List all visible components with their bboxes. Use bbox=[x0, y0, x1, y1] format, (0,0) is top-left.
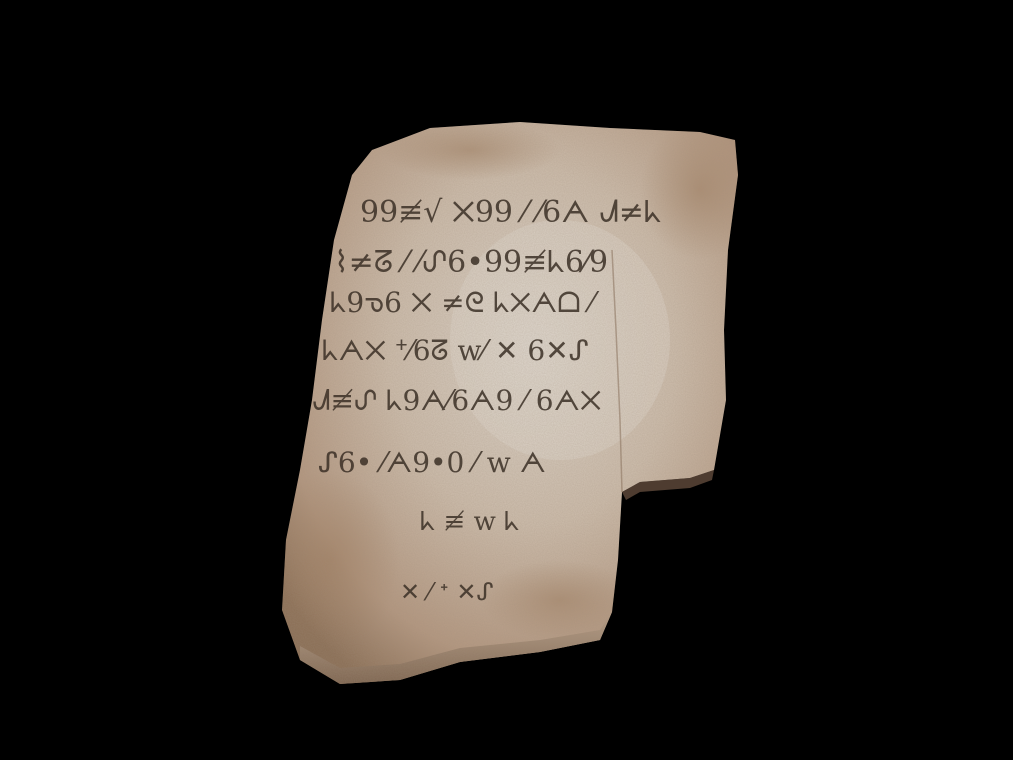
inscription-row-4: ᖾᗅ✕ ᕀ⁄6ᘔ ᴡ⁄ ✕ 6✕ᔑ bbox=[322, 334, 589, 367]
inscription-row-7: ᖾ ≢ ᴡ ᖾ bbox=[420, 507, 519, 537]
inscription-row-1: 99≢√ ✕99 ⁄ ⁄6ᗅ ᗂ≠ᖾ bbox=[360, 195, 662, 230]
tablet-photo: 99≢√ ✕99 ⁄ ⁄6ᗅ ᗂ≠ᖾ ⌇≠ᘔ ⁄ ⁄ᔑ6•99≢ᖾ6⁄9 ᖾ9ᓀ… bbox=[0, 0, 1013, 760]
inscription-row-2: ⌇≠ᘔ ⁄ ⁄ᔑ6•99≢ᖾ6⁄9 bbox=[334, 245, 608, 280]
inscription-row-6: ᔑ6• ⁄ᗅ9•0 ⁄ ᴡ ᗅ bbox=[318, 446, 546, 479]
inscription-row-3: ᖾ9ᓀ6 ✕ ≠ᘓ ᖾ✕ᗅᗝ ⁄ bbox=[330, 286, 599, 319]
inscription-row-5: ᗂ≢ᔑ ᖾ9ᗅ⁄6ᗅ9 ⁄ 6ᗅ✕ bbox=[312, 384, 601, 417]
inscription-row-8: ✕ ⁄ ᕀ ✕ᔑ bbox=[400, 578, 494, 606]
photo-scene: 99≢√ ✕99 ⁄ ⁄6ᗅ ᗂ≠ᖾ ⌇≠ᘔ ⁄ ⁄ᔑ6•99≢ᖾ6⁄9 ᖾ9ᓀ… bbox=[0, 0, 1013, 760]
